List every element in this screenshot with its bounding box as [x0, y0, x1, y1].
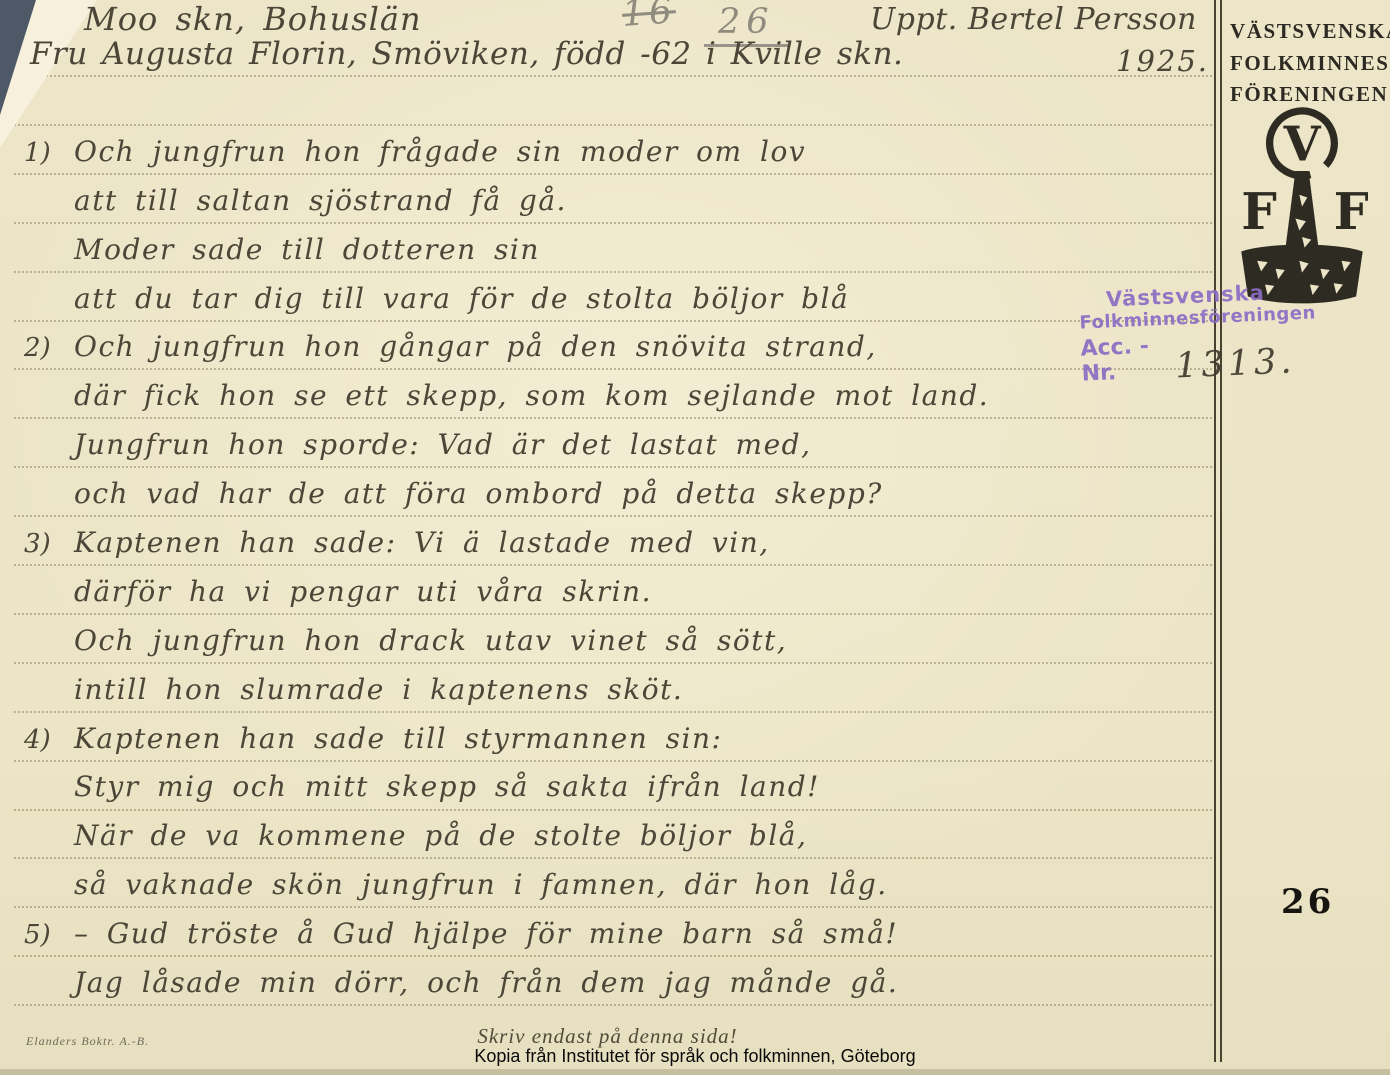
society-name: VÄSTSVENSKA FOLKMINNES- FÖRENINGEN [1230, 16, 1386, 111]
song-line: Och jungfrun hon drack utav vinet så söt… [24, 613, 1209, 662]
collector-name: Uppt. Bertel Persson [870, 2, 1197, 37]
song-line: Jungfrun hon sporde: Vad är det lastat m… [24, 417, 1209, 466]
song-line: därför ha vi pengar uti våra skrin. [24, 564, 1209, 613]
song-line: intill hon slumrade i kaptenens sköt. [24, 662, 1209, 711]
verse-text: Moder sade till dotteren sin [74, 233, 540, 266]
copy-notice: Kopia från Institutet för språk och folk… [0, 1046, 1390, 1067]
page-number-stamp: 26 [1281, 882, 1334, 922]
song-line: och vad har de att föra ombord på detta … [24, 466, 1209, 515]
song-line: där fick hon se ett skepp, som kom sejla… [24, 368, 1209, 417]
scan-edge [0, 1069, 1390, 1075]
verse-number: 5) [24, 920, 74, 950]
ruled-line [14, 1004, 1212, 1006]
song-line: att du tar dig till vara för de stolta b… [24, 271, 1209, 320]
song-line: så vaknade skön jungfrun i famnen, där h… [24, 857, 1209, 906]
logo-letter-f-left: F [1241, 182, 1277, 241]
verse-text: Och jungfrun hon drack utav vinet så söt… [74, 624, 787, 657]
informant-line: Fru Augusta Florin, Smöviken, född -62 i… [30, 36, 903, 72]
verse-text: När de va kommene på de stolte böljor bl… [74, 819, 807, 852]
song-line: 3)Kaptenen han sade: Vi ä lastade med vi… [24, 515, 1209, 564]
society-name-line1: VÄSTSVENSKA [1230, 16, 1386, 48]
song-line: 5)– Gud tröste å Gud hjälpe för mine bar… [24, 906, 1209, 955]
verse-text: att du tar dig till vara för de stolta b… [74, 282, 849, 315]
accession-stamp: Västsvenska Folkminnesföreningen Acc. - … [1078, 279, 1296, 386]
year: 1925. [1116, 44, 1209, 78]
record-number-crossed: 16 [621, 0, 678, 35]
verse-number: 4) [24, 725, 74, 755]
verse-number: 2) [24, 333, 74, 363]
song-line: Styr mig och mitt skepp så sakta ifrån l… [24, 760, 1209, 809]
song-line: Jag låsade min dörr, och från dem jag må… [24, 955, 1209, 1004]
verse-text: Och jungfrun hon frågade sin moder om lo… [74, 135, 806, 168]
song-line: Moder sade till dotteren sin [24, 222, 1209, 271]
verse-text: intill hon slumrade i kaptenens sköt. [74, 673, 683, 706]
logo-letter-v: V [1283, 116, 1322, 172]
verse-text: – Gud tröste å Gud hjälpe för mine barn … [74, 917, 898, 950]
verse-number: 1) [24, 138, 74, 168]
verse-text: Kaptenen han sade till styrmannen sin: [74, 722, 722, 755]
verse-text: och vad har de att föra ombord på detta … [74, 477, 883, 510]
verse-text: Kaptenen han sade: Vi ä lastade med vin, [74, 526, 770, 559]
ruled-line [14, 75, 1212, 77]
song-line: 1)Och jungfrun hon frågade sin moder om … [24, 124, 1209, 173]
verse-text: Jag låsade min dörr, och från dem jag må… [74, 966, 898, 999]
verse-text: Jungfrun hon sporde: Vad är det lastat m… [74, 428, 811, 461]
stamp-acc-label: Acc. - Nr. [1080, 333, 1170, 387]
verse-text: så vaknade skön jungfrun i famnen, där h… [74, 868, 888, 901]
verse-number: 3) [24, 529, 74, 559]
song-line: När de va kommene på de stolte böljor bl… [24, 808, 1209, 857]
song-line: 4)Kaptenen han sade till styrmannen sin: [24, 711, 1209, 760]
verse-text: Styr mig och mitt skepp så sakta ifrån l… [74, 770, 820, 803]
society-name-line2: FOLKMINNES- [1230, 48, 1386, 80]
verse-text: att till saltan sjöstrand få gå. [74, 184, 567, 217]
verse-text: därför ha vi pengar uti våra skrin. [74, 575, 652, 608]
song-lines: 1)Och jungfrun hon frågade sin moder om … [24, 124, 1209, 1004]
logo-letter-f-right: F [1334, 182, 1368, 241]
location-heading: Moo skn, Bohuslän [84, 0, 422, 38]
song-line: 2)Och jungfrun hon gångar på den snövita… [24, 320, 1209, 369]
song-line: att till saltan sjöstrand få gå. [24, 173, 1209, 222]
verse-text: Och jungfrun hon gångar på den snövita s… [74, 330, 877, 363]
accession-number: 1313. [1175, 346, 1296, 383]
verse-text: där fick hon se ett skepp, som kom sejla… [74, 379, 989, 412]
margin-double-rule [1214, 0, 1222, 1062]
